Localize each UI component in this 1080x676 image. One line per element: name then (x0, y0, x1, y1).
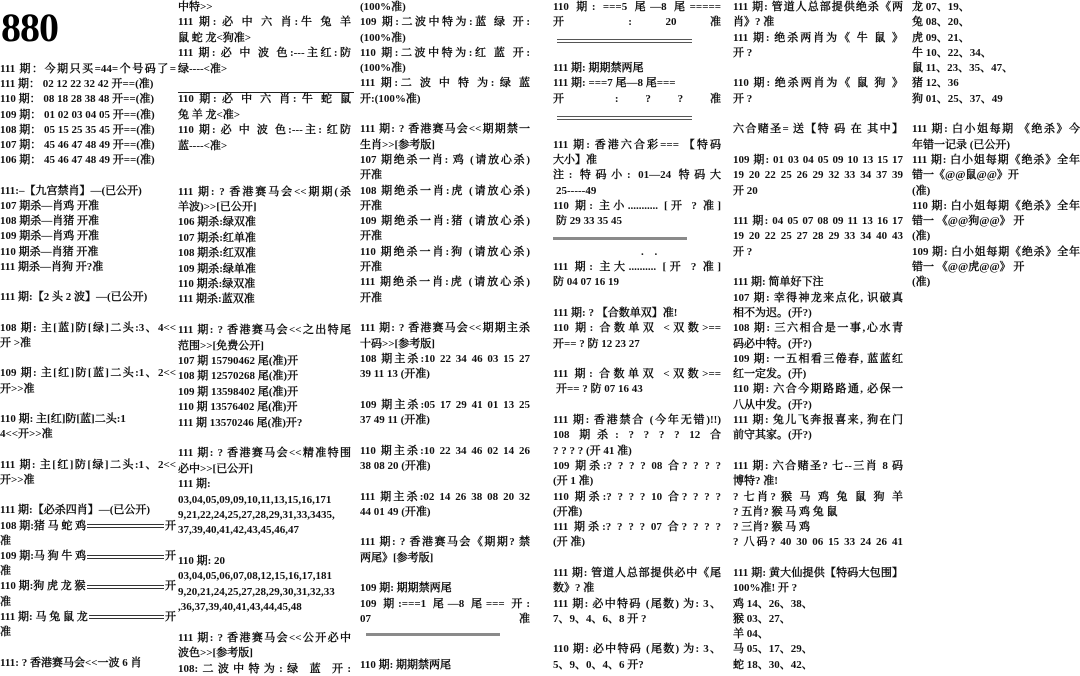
zodiac-numbers: 鸡 14、26、38、 (733, 597, 903, 612)
text-line: 111 期: 期期禁两尾 (553, 61, 721, 76)
text-line: 37 49 11 (开准) (360, 413, 530, 428)
text-line: 9,21,22,24,25,27,28,29,31,33,3435, (178, 508, 351, 523)
spacer (912, 107, 1080, 122)
spacer (178, 154, 351, 169)
text-line: 19 20 22 25 26 29 32 33 34 37 39 (733, 168, 903, 183)
zodiac-numbers: 猴 03、27、 (733, 612, 903, 627)
section-heading: 111 期: 简单好下注 (733, 275, 903, 290)
text-line: 十码>>[参考版] (360, 337, 530, 352)
spacer (553, 291, 721, 306)
text-line: 110 期: 20 (178, 554, 351, 569)
text-line: 范围>>[免费公开] (178, 339, 351, 354)
text-line: 肖》? 准 (733, 15, 903, 30)
zodiac-numbers: 牛 10、22、34、 (912, 46, 1080, 61)
text-line: 109 期杀—肖鸡 开准 (0, 229, 176, 244)
text-line: 39 11 13 (开准) (360, 367, 530, 382)
text-line: 109 期: 期期禁两尾 (360, 581, 530, 596)
text-line: 111 期: 绝杀两肖为《 牛 鼠 》 (733, 31, 903, 46)
section-heading: 111 期: ? 香港赛马会<<期期主杀 (360, 321, 530, 336)
text-line: 110 期杀:绿双准 (178, 277, 351, 292)
text-line: 波色>>[参考版] (178, 646, 351, 661)
column-2: 中特>> 111 期: 必 中 六 肖:牛 兔 羊 鼠 蛇 龙<狗准> 111 … (178, 0, 351, 676)
two-wave-special-results-section: (100%准) 109 期:二波中特为:蓝 绿 开: (100%准) 110 期… (360, 0, 530, 107)
text-line: 108 期杀: ? ? ? ? 12 合 (553, 428, 721, 443)
text-line: 开>>准 (0, 382, 176, 397)
section-heading: 111 期: ? 香港赛马会《期期? 禁 (360, 535, 530, 550)
text-line: 110 期杀:? ? ? ? 10 合? ? ? ? (553, 490, 721, 505)
kill-row-label: 109 期:马 狗 牛 鸡 (0, 549, 86, 564)
spacer (178, 77, 351, 92)
column-6: 龙 07、19、 兔 08、20、 虎 09、21、 牛 10、22、34、 鼠… (912, 0, 1080, 291)
text-line: 109 期： 01 02 03 04 05 开==(准) (0, 108, 176, 123)
text-line: (100%准) (360, 61, 530, 76)
text-line: 错一 《@@狗@@》 开 (912, 214, 1080, 229)
text-line: (开 准) (553, 535, 721, 550)
text-line: 必中>>[已公开] (178, 462, 351, 477)
text-line: 准 (0, 595, 176, 610)
text-line: 开:(100%准) (360, 92, 530, 107)
section-heading: 111 期: 管道人总部提供绝杀《两 (733, 0, 903, 15)
spacer (178, 539, 351, 554)
nine-palace-banned-zodiac-section: 111:–【九宫禁肖】—(已公开) 107 期杀—肖鸡 开准 108 期杀—肖猪… (0, 184, 176, 275)
gambler-saint-zodiac-codes-section: 111 期: 六合赌圣? 七--三肖 8 码 博特? 准! ? 七肖? 猴 马 … (733, 459, 903, 551)
spacer (553, 46, 721, 61)
text-line: (100%准) (360, 31, 530, 46)
kill-row: 111 期: 马 兔 鼠 龙 开 (0, 610, 176, 625)
kill-row: 108 期:猪 马 蛇 鸡 开 (0, 519, 176, 534)
text-line: 两尾》[参考版] (360, 551, 530, 566)
text-line: 111 期主杀:02 14 26 38 08 20 32 (360, 490, 530, 505)
spacer (178, 308, 351, 323)
zodiac-numbers: 羊 04、 (733, 627, 903, 642)
text-line: 109 期: 主[红]防[蓝]二头:1、2<< (0, 366, 176, 381)
spacer (0, 488, 176, 503)
zodiac-numbers: 马 05、17、29、 (733, 642, 903, 657)
two-head-entry: 110 期: 主[红]防[蓝]二头:1 4<<开>>准 (0, 412, 176, 442)
spacer (360, 428, 530, 443)
text-line: 开== ? 防 12 23 27 (553, 337, 721, 352)
text-line: 100%准! 开 ? (733, 581, 903, 596)
kill-row-result: 开 (165, 579, 176, 594)
text-line: 110 期: 合数单双 <双数>== (553, 321, 721, 336)
double-rule (87, 585, 164, 589)
text-line: (准) (912, 184, 1080, 199)
kill-row-result: 开 (165, 519, 176, 534)
spacer (553, 31, 721, 46)
text-line: ? 七肖? 猴 马 鸡 兔 鼠 狗 羊 (733, 490, 903, 505)
text-line: 110 期绝杀一肖:狗 (请放心杀) (360, 245, 530, 260)
spacer (178, 616, 351, 631)
kill-row: 109 期:马 狗 牛 鸡 开 (0, 549, 176, 564)
text-line: 25-----49 (553, 184, 721, 199)
huang-daxian-special-cover-section: 111 期: 黄大仙提供【特码大包围】 100%准! 开 ? 鸡 14、26、3… (733, 566, 903, 673)
text-line: 109 期: 一五相看三倦春, 蓝蓝红 (733, 352, 903, 367)
text-line: 鼠 蛇 龙<狗准> (178, 31, 351, 46)
text-line: 110 期: 必中特码 (尾数) 为: 3、 (553, 642, 721, 657)
text-line: (100%准) (360, 0, 530, 15)
text-line: 111 期:二 波 中 特 为: 绿 蓝 (360, 76, 530, 91)
text-line: 开 : ? ? 准 (553, 92, 721, 107)
main-kill-entry: 109 期主杀:05 17 29 41 01 13 25 37 49 11 (开… (360, 398, 530, 429)
text-line: 108:二波中特为:绿 蓝 开: (178, 662, 351, 676)
text-line: 109 期:二波中特为:蓝 绿 开: (360, 15, 530, 30)
text-line: 年错一记录 (已公开) (912, 138, 1080, 153)
text-line: 37,39,40,41,42,43,45,46,47 (178, 523, 351, 538)
text-line: ? 五肖? 猴 马 鸡 兔 鼠 (733, 505, 903, 520)
text-line: 111 期绝杀一肖:虎 (请放心杀) (360, 275, 530, 290)
odd-even-intro-section: 111 期: ? 【合数单双】准! 110 期: 合数单双 <双数>== 开==… (553, 306, 721, 352)
text-line: 开 ? (733, 92, 903, 107)
must-kill-four-zodiac-section: 111 期:【必杀四肖】—(已公开) 108 期:猪 马 蛇 鸡 开 准 109… (0, 503, 176, 640)
text-line: 07 准 (360, 612, 530, 627)
spacer (553, 398, 721, 413)
kill-row: 110 期:狗 虎 龙 猴 开 (0, 579, 176, 594)
spacer (553, 122, 721, 137)
big-small-111-section: . . 111 期: 主大.......... [开 ? 准] 防 04 07 … (553, 245, 721, 291)
text-line: 110 期主杀:10 22 34 46 02 14 26 (360, 444, 530, 459)
text-line: 蓝----<准> (178, 139, 351, 154)
section-heading: 111 期: 香港禁合 (今年无错)!!) (553, 413, 721, 428)
text-line: 准 (0, 534, 176, 549)
section-heading: 111 期: 黄大仙提供【特码大包围】 (733, 566, 903, 581)
text-line: 110 期: 期期禁两尾 (360, 658, 530, 673)
spacer (553, 551, 721, 566)
text-line: 110 期: 必 中 六 肖: 牛 蛇 鼠 (178, 92, 351, 107)
text-line: 相不为迟。(开?) (733, 306, 903, 321)
text-line: ? 三肖? 猴 马 鸡 (733, 520, 903, 535)
text-line: 开准 (360, 199, 530, 214)
spacer (0, 442, 176, 457)
must-hit-111-section: 中特>> 111 期: 必 中 六 肖:牛 兔 羊 鼠 蛇 龙<狗准> 111 … (178, 0, 351, 77)
text-line: (开准) (553, 505, 721, 520)
text-line: 错一《@@鼠@@》开 (912, 168, 1080, 183)
text-line: 羊波)>>[已公开] (178, 200, 351, 215)
text-line: 38 08 20 (开准) (360, 459, 530, 474)
text-line: 码必中特。(开?) (733, 337, 903, 352)
section-heading: 111 期: ? 【合数单双】准! (553, 306, 721, 321)
spacer (733, 260, 903, 275)
odd-even-111-section: 111 期: 合数单双 <双数>== 开== ? 防 07 16 43 (553, 367, 721, 398)
zodiac-numbers: 鼠 11、23、35、47、 (912, 61, 1080, 76)
text-line: 防 04 07 16 19 (553, 275, 721, 290)
banned-two-tails-intro-section: 111 期: ? 香港赛马会《期期? 禁 两尾》[参考版] (360, 535, 530, 566)
spacer (733, 61, 903, 76)
spacer (360, 520, 530, 535)
text-line: 防 29 33 35 45 (553, 214, 721, 229)
text-line: 110 期: 白小姐每期《绝杀》全年 (912, 199, 1080, 214)
banned-combination-section: 111 期: 香港禁合 (今年无错)!!) 108 期杀: ? ? ? ? 12… (553, 413, 721, 551)
kill-row-result: 开 (165, 610, 176, 625)
text-line: 开>>准 (0, 473, 176, 488)
text-line: 108 期: 三六相合是一事,心水青 (733, 321, 903, 336)
text-line: 111 期: 主[红]防[绿]二头:1、2<< (0, 458, 176, 473)
kill-row-label: 108 期:猪 马 蛇 鸡 (0, 519, 86, 534)
text-line: 107 期绝杀一肖: 鸡 (请放心杀) (360, 153, 530, 168)
text-line: 111 期: 必 中 波 色:---主红:防 (178, 46, 351, 61)
text-line: 109 期: 01 03 04 05 09 10 13 15 17 (733, 153, 903, 168)
text-line: 注: 特码小: 01—24 特码大 (553, 168, 721, 183)
section-heading: 111 期: 六合赌圣? 七--三肖 8 码 (733, 459, 903, 474)
section-heading: 111 期: 香港六合彩=== 【特码 (553, 138, 721, 153)
banned-tails-110-result-section: 110 期: ===5 尾—8 尾===== 开 : 20 准 (553, 0, 721, 31)
spacer (360, 306, 530, 321)
spacer (360, 382, 530, 397)
section-heading: 111 期: ? 香港赛马会<<精准特围 (178, 446, 351, 461)
text-line: 111 期: 必中特码 (尾数) 为: 3、 (553, 597, 721, 612)
two-head-entry: 109 期: 主[红]防[蓝]二头:1、2<< 开>>准 (0, 366, 176, 396)
double-rule (89, 615, 164, 619)
section-heading: 111:–【九宫禁肖】—(已公开) (0, 184, 176, 199)
text-line: 109 期绝杀一肖:猪 (请放心杀) (360, 214, 530, 229)
text-line: 19 20 22 25 27 28 29 33 34 40 43 (733, 229, 903, 244)
spacer (553, 627, 721, 642)
text-line: (准) (912, 275, 1080, 290)
text-line: 110 期： 08 18 28 38 48 开==(准) (0, 92, 176, 107)
spacer (360, 566, 530, 581)
must-hit-110-section: 110 期: 必 中 六 肖: 牛 蛇 鼠 兔 羊 龙<准> 110 期: 必 … (178, 92, 351, 154)
spacer (360, 107, 530, 122)
text-line: 110 期: ===5 尾—8 尾===== (553, 0, 721, 15)
text-line: 准 (0, 625, 176, 640)
simple-bet-verses-section: 111 期: 简单好下注 107 期: 幸得神龙来点化, 识破真 相不为迟。(开… (733, 275, 903, 443)
text-line: 111 期: 白小姐每期《绝杀》全年 (912, 153, 1080, 168)
text-line: 111 期： 02 12 22 32 42 开==(准) (0, 77, 176, 92)
column-4: 110 期: ===5 尾—8 尾===== 开 : 20 准 111 期: 期… (553, 0, 721, 673)
text-line: 109 期: 白小姐每期《绝杀》全年 (912, 245, 1080, 260)
kill-two-zodiac-111-section: 111 期: 管道人总部提供绝杀《两 肖》? 准 111 期: 绝杀两肖为《 牛… (733, 0, 903, 61)
text-line: 111 期: 必 中 六 肖:牛 兔 羊 (178, 15, 351, 30)
kill-row-result: 开 (165, 549, 176, 564)
spacer (0, 275, 176, 290)
section-heading: 111 期: ? 香港赛马会<<期期(杀 (178, 185, 351, 200)
spacer (0, 169, 176, 184)
text-line: 111 期: 04 05 07 08 09 11 13 16 17 (733, 214, 903, 229)
section-heading: 111 期: 白小姐每期 《绝杀》今 (912, 122, 1080, 137)
text-line: ? ? ? ? (开 41 准) (553, 444, 721, 459)
text-line: 108 期： 05 15 25 35 45 开==(准) (0, 123, 176, 138)
double-rule (87, 555, 164, 559)
spacer (733, 138, 903, 153)
spacer (733, 199, 903, 214)
banned-tails-109-section: 109 期: 期期禁两尾 109 期:===1 尾—8 尾=== 开: 07 准 (360, 581, 530, 627)
text-line: 110 期: 主小........... [开 ? 准] (553, 199, 721, 214)
text-line: 111 期: 主大.......... [开 ? 准] (553, 260, 721, 275)
spacer (0, 306, 176, 321)
text-line: 数》? 准 (553, 581, 721, 596)
text-line: 110 期杀—肖猪 开准 (0, 245, 176, 260)
spacer (733, 444, 903, 459)
spacer (178, 431, 351, 446)
text-line: 110 期:二波中特为:红 蓝 开: (360, 46, 530, 61)
text-line: 107 期杀—肖鸡 开准 (0, 199, 176, 214)
section-heading: 111 期: ? 香港赛马会<<期期禁一 (360, 122, 530, 137)
big-small-special-section: 111 期: 香港六合彩=== 【特码 大小】准 注: 特码小: 01—24 特… (553, 138, 721, 230)
main-kill-ten-section: 111 期: ? 香港赛马会<<期期主杀 十码>>[参考版] 108 期主杀:1… (360, 321, 530, 382)
text-line: 109 期:===1 尾—8 尾=== 开: (360, 597, 530, 612)
zodiac-numbers: 猪 12、36 (912, 76, 1080, 91)
text-line: 106 期杀:绿双准 (178, 215, 351, 230)
text-line: 110 期: 六合今期路路通, 必保一 (733, 382, 903, 397)
section-heading: 111: ? 香港赛马会<<一波 6 肖 (0, 656, 176, 671)
column-3: (100%准) 109 期:二波中特为:蓝 绿 开: (100%准) 110 期… (360, 0, 530, 673)
newspaper-page: 880 111 期：今期只买=44=个号码了= 111 期： 02 12 22 … (0, 0, 1080, 676)
special-44-numbers-section: 111 期：今期只买=44=个号码了= 111 期： 02 12 22 32 4… (0, 62, 176, 169)
main-kill-entry: 110 期主杀:10 22 34 46 02 14 26 38 08 20 (开… (360, 444, 530, 475)
text-line: 110 期: 主[红]防[蓝]二头:1 (0, 412, 176, 427)
special-number-range-110-section: 110 期: 20 03,04,05,06,07,08,12,15,16,17,… (178, 554, 351, 616)
zodiac-numbers: 兔 08、20、 (912, 15, 1080, 30)
two-head-entry: 108 期: 主[蓝]防[绿]二头:3、4<< 开 >准 (0, 321, 176, 351)
text-line: 03,04,05,06,07,08,12,15,16,17,181 (178, 569, 351, 584)
two-head-entry: 111 期: 主[红]防[绿]二头:1、2<< 开>>准 (0, 458, 176, 488)
main-kill-entry: 111 期主杀:02 14 26 38 08 20 32 44 01 49 (开… (360, 490, 530, 521)
text-line: 110 期: 必 中 波 色:---主: 红防 (178, 123, 351, 138)
kill-row-label: 111 期: 马 兔 鼠 龙 (0, 610, 88, 625)
text-line: 大小】准 (553, 153, 721, 168)
text-line: 红一定发。(开) (733, 367, 903, 382)
banned-zodiac-each-period-section: 111 期: ? 香港赛马会<<期期禁一 生肖>>[参考版] 107 期绝杀一肖… (360, 122, 530, 306)
text-line: 110 期 13576402 尾(准)开 (178, 400, 351, 415)
tail-number-111-section: 111 期: 管道人总部提供必中《尾 数》? 准 111 期: 必中特码 (尾数… (553, 566, 721, 627)
text-line: 开 >准 (0, 336, 176, 351)
section-heading: 111 期:【2 头 2 波】—(已公开) (0, 290, 176, 305)
spacer (0, 351, 176, 366)
spacer (553, 229, 721, 244)
text-line: ? 八码? 40 30 06 15 33 24 26 41 (733, 535, 903, 550)
zodiac-numbers: 虎 09、21、 (912, 31, 1080, 46)
spacer (0, 640, 176, 655)
text-line: 44 01 49 (开准) (360, 505, 530, 520)
number-set-111-section: 111 期: 04 05 07 08 09 11 13 16 17 19 20 … (733, 214, 903, 260)
text-line: 108 期: 主[蓝]防[绿]二头:3、4<< (0, 321, 176, 336)
column-5: 111 期: 管道人总部提供绝杀《两 肖》? 准 111 期: 绝杀两肖为《 牛… (733, 0, 903, 673)
zodiac-numbers: 龙 07、19、 (912, 0, 1080, 15)
text-line: 中特>> (178, 0, 351, 15)
text-line: 111 期: 兔儿飞奔报喜来, 狗在门 (733, 413, 903, 428)
spacer (733, 107, 903, 122)
two-wave-special-intro-section: 111 期: ? 香港赛马会<<公开必中 波色>>[参考版] 108:二波中特为… (178, 631, 351, 676)
text-line: 107 期 15790462 尾(准)开 (178, 354, 351, 369)
text-line: 111 期杀:? ? ? ? 07 合? ? ? ? (553, 520, 721, 535)
text-line: 111 期: 合数单双 <双数>== (553, 367, 721, 382)
banned-tails-111-section: 111 期: 期期禁两尾 111 期: ===7 尾—8 尾=== 开 : ? … (553, 61, 721, 107)
special-tail-range-section: 111 期: ? 香港赛马会<<之出特尾 范围>>[免费公开] 107 期 15… (178, 323, 351, 431)
section-heading: 111 期:【必杀四肖】—(已公开) (0, 503, 176, 518)
text-line: 开准 (360, 229, 530, 244)
text-line: 4<<开>>准 (0, 427, 176, 442)
column-1: 111 期：今期只买=44=个号码了= 111 期： 02 12 22 32 4… (0, 62, 176, 671)
kill-color-parity-section: 111 期: ? 香港赛马会<<期期(杀 羊波)>>[已公开] 106 期杀:绿… (178, 185, 351, 308)
text-line: 108 期 12570268 尾(准)开 (178, 369, 351, 384)
section-heading: 111 期: ? 香港赛马会<<之出特尾 (178, 323, 351, 338)
text-line: 兔 羊 龙<准> (178, 108, 351, 123)
text-line: 108 期杀:红双准 (178, 246, 351, 261)
text-line: 107 期杀:红单准 (178, 231, 351, 246)
text-line: 107 期： 45 46 47 48 49 开==(准) (0, 138, 176, 153)
zodiac-number-list-section: 龙 07、19、 兔 08、20、 虎 09、21、 牛 10、22、34、 鼠… (912, 0, 1080, 107)
masthead-number: 880 (1, 8, 58, 48)
zodiac-numbers: 蛇 18、30、42、 (733, 658, 903, 673)
spacer (360, 627, 530, 642)
bai-xiaojie-absolute-kill-section: 111 期: 白小姐每期 《绝杀》今 年错一记录 (已公开) 111 期: 白小… (912, 122, 1080, 290)
text-line: 开 ? (733, 245, 903, 260)
text-line: 准 (0, 564, 176, 579)
text-line: 111 期杀—肖狗 开?准 (0, 260, 176, 275)
text-line: 109 期 13598402 尾(准)开 (178, 385, 351, 400)
section-heading: 111 期: ? 香港赛马会<<公开必中 (178, 631, 351, 646)
text-line: (开 1 准) (553, 474, 721, 489)
text-line: 109 期杀:绿单准 (178, 262, 351, 277)
spacer (553, 352, 721, 367)
text-line: 106 期： 45 46 47 48 49 开==(准) (0, 153, 176, 168)
text-line: 111 期：今期只买=44=个号码了= (0, 62, 176, 77)
text-line: 108 期绝杀一肖:虎 (请放心杀) (360, 184, 530, 199)
text-line: 03,04,05,09,09,10,11,13,15,16,171 (178, 493, 351, 508)
spacer (553, 107, 721, 122)
text-line: 109 期杀:? ? ? ? 08 合? ? ? ? (553, 459, 721, 474)
text-line: 开准 (360, 260, 530, 275)
text-line: 111 期: ===7 尾—8 尾=== (553, 76, 721, 91)
section-heading: 111 期: 管道人总部提供必中《尾 (553, 566, 721, 581)
spacer (360, 474, 530, 489)
text-line: 绿----<准> (178, 62, 351, 77)
text-line: 9,20,21,24,25,27,28,29,30,31,32,33 (178, 585, 351, 600)
spacer (0, 397, 176, 412)
double-rule (87, 524, 164, 528)
text-line: 开 ? (733, 46, 903, 61)
zodiac-numbers: 狗 01、25、37、49 (912, 92, 1080, 107)
spacer (178, 169, 351, 184)
text-line: (准) (912, 229, 1080, 244)
text-line: 生肖>>[参考版] (360, 138, 530, 153)
text-line: 110 期: 绝杀两肖为《 鼠 狗 》 (733, 76, 903, 91)
text-line: 108 期主杀:10 22 34 46 03 15 27 (360, 352, 530, 367)
kill-two-zodiac-110-section: 110 期: 绝杀两肖为《 鼠 狗 》 开 ? (733, 76, 903, 107)
text-line: 八从中发。(开?) (733, 398, 903, 413)
text-line: 前守其家。(开?) (733, 428, 903, 443)
text-line: 111 期 13570246 尾(准)开? (178, 416, 351, 431)
text-line: ,36,37,39,40,41,43,44,45,48 (178, 600, 351, 615)
text-line: 错一 《@@虎@@》 开 (912, 260, 1080, 275)
spacer (360, 642, 530, 657)
text-line: 开准 (360, 168, 530, 183)
gambler-saint-banner: 六合赌圣= 送【特 码 在 其中】 (733, 122, 903, 137)
text-line: 博特? 准! (733, 474, 903, 489)
text-line: 开 20 (733, 184, 903, 199)
text-line: 开准 (360, 291, 530, 306)
text-line: 111 期杀:蓝双准 (178, 292, 351, 307)
decorative-dots: . . (553, 245, 721, 260)
tail-number-110-section: 110 期: 必中特码 (尾数) 为: 3、 5、9、0、4、6 开? (553, 642, 721, 673)
kill-row-label: 110 期:狗 虎 龙 猴 (0, 579, 86, 594)
special-number-range-111-section: 111 期: ? 香港赛马会<<精准特围 必中>>[已公开] 111 期: 03… (178, 446, 351, 538)
text-line: 108 期杀—肖猪 开准 (0, 214, 176, 229)
text-line: 开 : 20 准 (553, 15, 721, 30)
text-line: 107 期: 幸得神龙来点化, 识破真 (733, 291, 903, 306)
spacer (733, 551, 903, 566)
text-line: 7、9、4、6、8 开 ? (553, 612, 721, 627)
text-line: 开== ? 防 07 16 43 (553, 382, 721, 397)
text-line: 111 期: (178, 477, 351, 492)
text-line: 5、9、0、4、6 开? (553, 658, 721, 673)
number-set-109-section: 109 期: 01 03 04 05 09 10 13 15 17 19 20 … (733, 153, 903, 199)
text-line: 109 期主杀:05 17 29 41 01 13 25 (360, 398, 530, 413)
